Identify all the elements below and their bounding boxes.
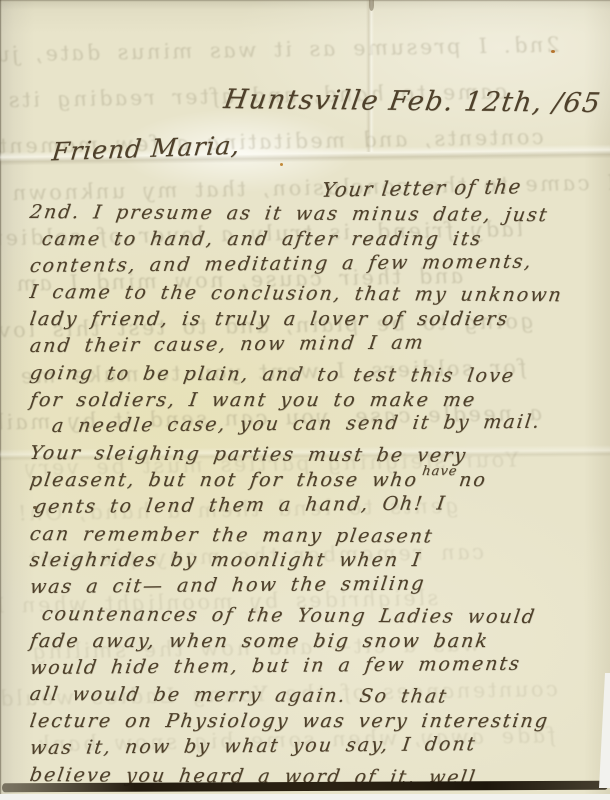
dateline-date: Feb. 12th, /65 bbox=[387, 86, 604, 119]
letter-line: countenances of the Young Ladies would bbox=[42, 603, 605, 633]
paper-edge-notch bbox=[369, 0, 374, 11]
letter-line: 2nd. I presume as it was minus date, jus… bbox=[30, 201, 605, 231]
fold-crease-vertical bbox=[366, 0, 374, 152]
opening-line: Your letter of the bbox=[322, 174, 522, 201]
paper-speck bbox=[551, 50, 555, 53]
letter-scan: 2nd. I presume as it was minus date, jus… bbox=[0, 0, 610, 800]
letter-line: Your sleighing parties must be very bbox=[30, 442, 605, 472]
dateline: HuntsvilleFeb. 12th, /65 bbox=[224, 84, 601, 119]
inserted-word-above-line: have bbox=[421, 464, 458, 479]
letter-line: going to be plain, and to test this love bbox=[30, 362, 605, 392]
letter-paper: 2nd. I presume as it was minus date, jus… bbox=[0, 0, 610, 794]
letter-line: was a cit— and how the smiling bbox=[30, 571, 605, 603]
paper-speck bbox=[280, 163, 283, 166]
letter-line: gents to lend them a hand, Oh! I bbox=[34, 491, 605, 523]
salutation: Friend Maria, bbox=[52, 131, 241, 167]
letter-line: and their cause, now mind I am bbox=[30, 330, 605, 362]
letter-line: a needle case, you can send it by mail. bbox=[52, 411, 605, 443]
dateline-place: Huntsville bbox=[222, 84, 382, 117]
ghost-line: 2nd. I presume as it was minus date, jus… bbox=[0, 33, 561, 67]
letter-line: would hide them, but in a few moments bbox=[30, 652, 605, 684]
paper-speck bbox=[33, 506, 37, 509]
letter-line: contents, and meditating a few moments, bbox=[30, 250, 605, 282]
letter-body: 2nd. I presume as it was minus date, jus… bbox=[30, 201, 605, 791]
letter-line: was it, now by what you say, I dont bbox=[30, 732, 605, 764]
